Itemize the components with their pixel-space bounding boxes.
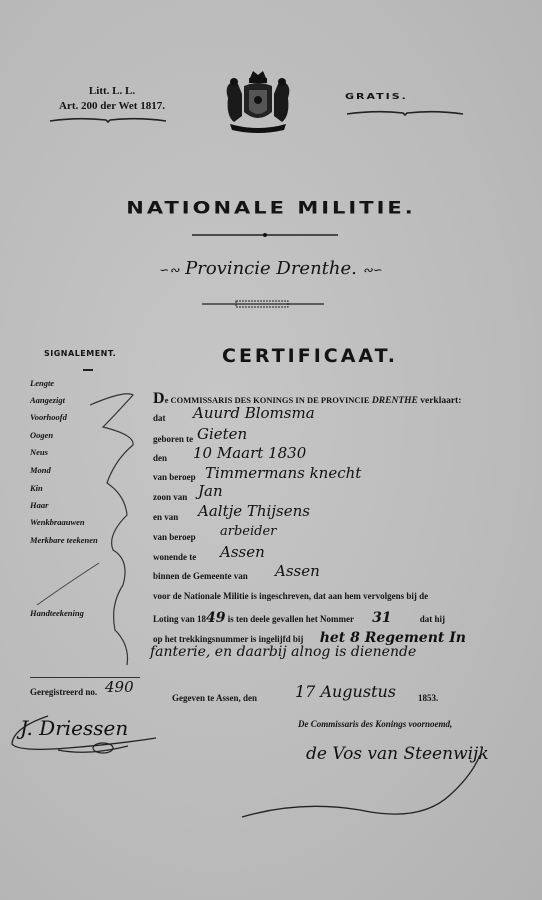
body-line-2: Loting van 1849 is ten deele gevallen he… (153, 610, 445, 626)
body-line-1: voor de Nationale Militie is ingeschreve… (153, 591, 428, 601)
province-heading: ∽∾ Provincie Drenthe. ∾∽ (0, 258, 542, 279)
value-residence: Assen (220, 543, 265, 561)
litt-line: Litt. L. L. (52, 84, 172, 99)
field-voorhoofd: Voorhoofd (30, 412, 67, 422)
field-aangezigt: Aangezigt (30, 395, 65, 405)
strike-line-icon (35, 560, 105, 610)
certificate-document: Litt. L. L. Art. 200 der Wet 1817. GRATI… (0, 0, 542, 900)
value-birthplace: Gieten (197, 425, 247, 443)
given-at-label: Gegeven te Assen, den (172, 693, 257, 703)
field-neus: Neus (30, 447, 48, 457)
label-dat: dat (153, 413, 166, 423)
label-den: den (153, 453, 167, 463)
document-title: NATIONALE MILITIE. (0, 198, 542, 217)
flourish-right-icon (345, 109, 465, 117)
registered-label: Geregistreerd no. (30, 687, 97, 697)
registered-number: 490 (105, 678, 134, 696)
title-divider-icon (190, 232, 340, 238)
value-parent-occupation: arbeider (220, 524, 276, 539)
lottery-number: 31 (372, 610, 391, 626)
given-date: 17 Augustus (295, 682, 396, 701)
label-wonende-te: wonende te (153, 552, 196, 562)
royal-coat-of-arms-icon (220, 68, 296, 138)
legal-reference: Litt. L. L. Art. 200 der Wet 1817. (52, 84, 172, 114)
ornament-left-icon: ∽∾ (159, 263, 179, 277)
handteekening-label: Handteekening (30, 608, 84, 618)
given-year: 1853. (418, 693, 438, 703)
label-gemeente: binnen de Gemeente van (153, 571, 248, 581)
field-lengte: Lengte (30, 378, 54, 388)
article-line: Art. 200 der Wet 1817. (52, 99, 172, 114)
value-occupation: Timmermans knecht (205, 464, 361, 482)
field-kin: Kin (30, 483, 43, 493)
registrar-flourish-icon (8, 708, 158, 758)
label-parent-beroep: van beroep (153, 532, 196, 542)
label-geboren-te: geboren te (153, 434, 193, 444)
value-name: Auurd Blomsma (193, 404, 315, 422)
value-birthdate: 10 Maart 1830 (193, 444, 306, 462)
field-haar: Haar (30, 500, 48, 510)
signalement-heading: SIGNALEMENT. (44, 349, 116, 358)
label-zoon-van: zoon van (153, 492, 187, 502)
certificate-heading: CERTIFICAAT. (222, 345, 398, 367)
province-divider-icon (200, 301, 326, 307)
field-oogen: Oogen (30, 430, 53, 440)
lottery-year: 49 (206, 610, 225, 626)
ornament-right-icon: ∾∽ (363, 263, 383, 277)
province-name: Provincie Drenthe. (185, 258, 357, 279)
gratis-label: GRATIS. (345, 92, 408, 102)
field-mond: Mond (30, 465, 51, 475)
flourish-left-icon (48, 116, 168, 124)
signalement-dash (83, 369, 93, 371)
label-en-van: en van (153, 512, 178, 522)
field-wenkbraauwen: Wenkbraauwen (30, 517, 85, 527)
value-mother: Aaltje Thijsens (198, 502, 310, 520)
label-van-beroep: van beroep (153, 472, 196, 482)
commissaris-label: De Commissaris des Konings voornoemd, (298, 719, 452, 729)
service-status-value: fanterie, en daarbij alnog is dienende (150, 644, 416, 660)
value-father: Jan (198, 482, 223, 500)
value-municipality: Assen (275, 562, 320, 580)
strike-squiggle-icon (85, 385, 155, 670)
commissaris-flourish-icon (240, 745, 490, 825)
